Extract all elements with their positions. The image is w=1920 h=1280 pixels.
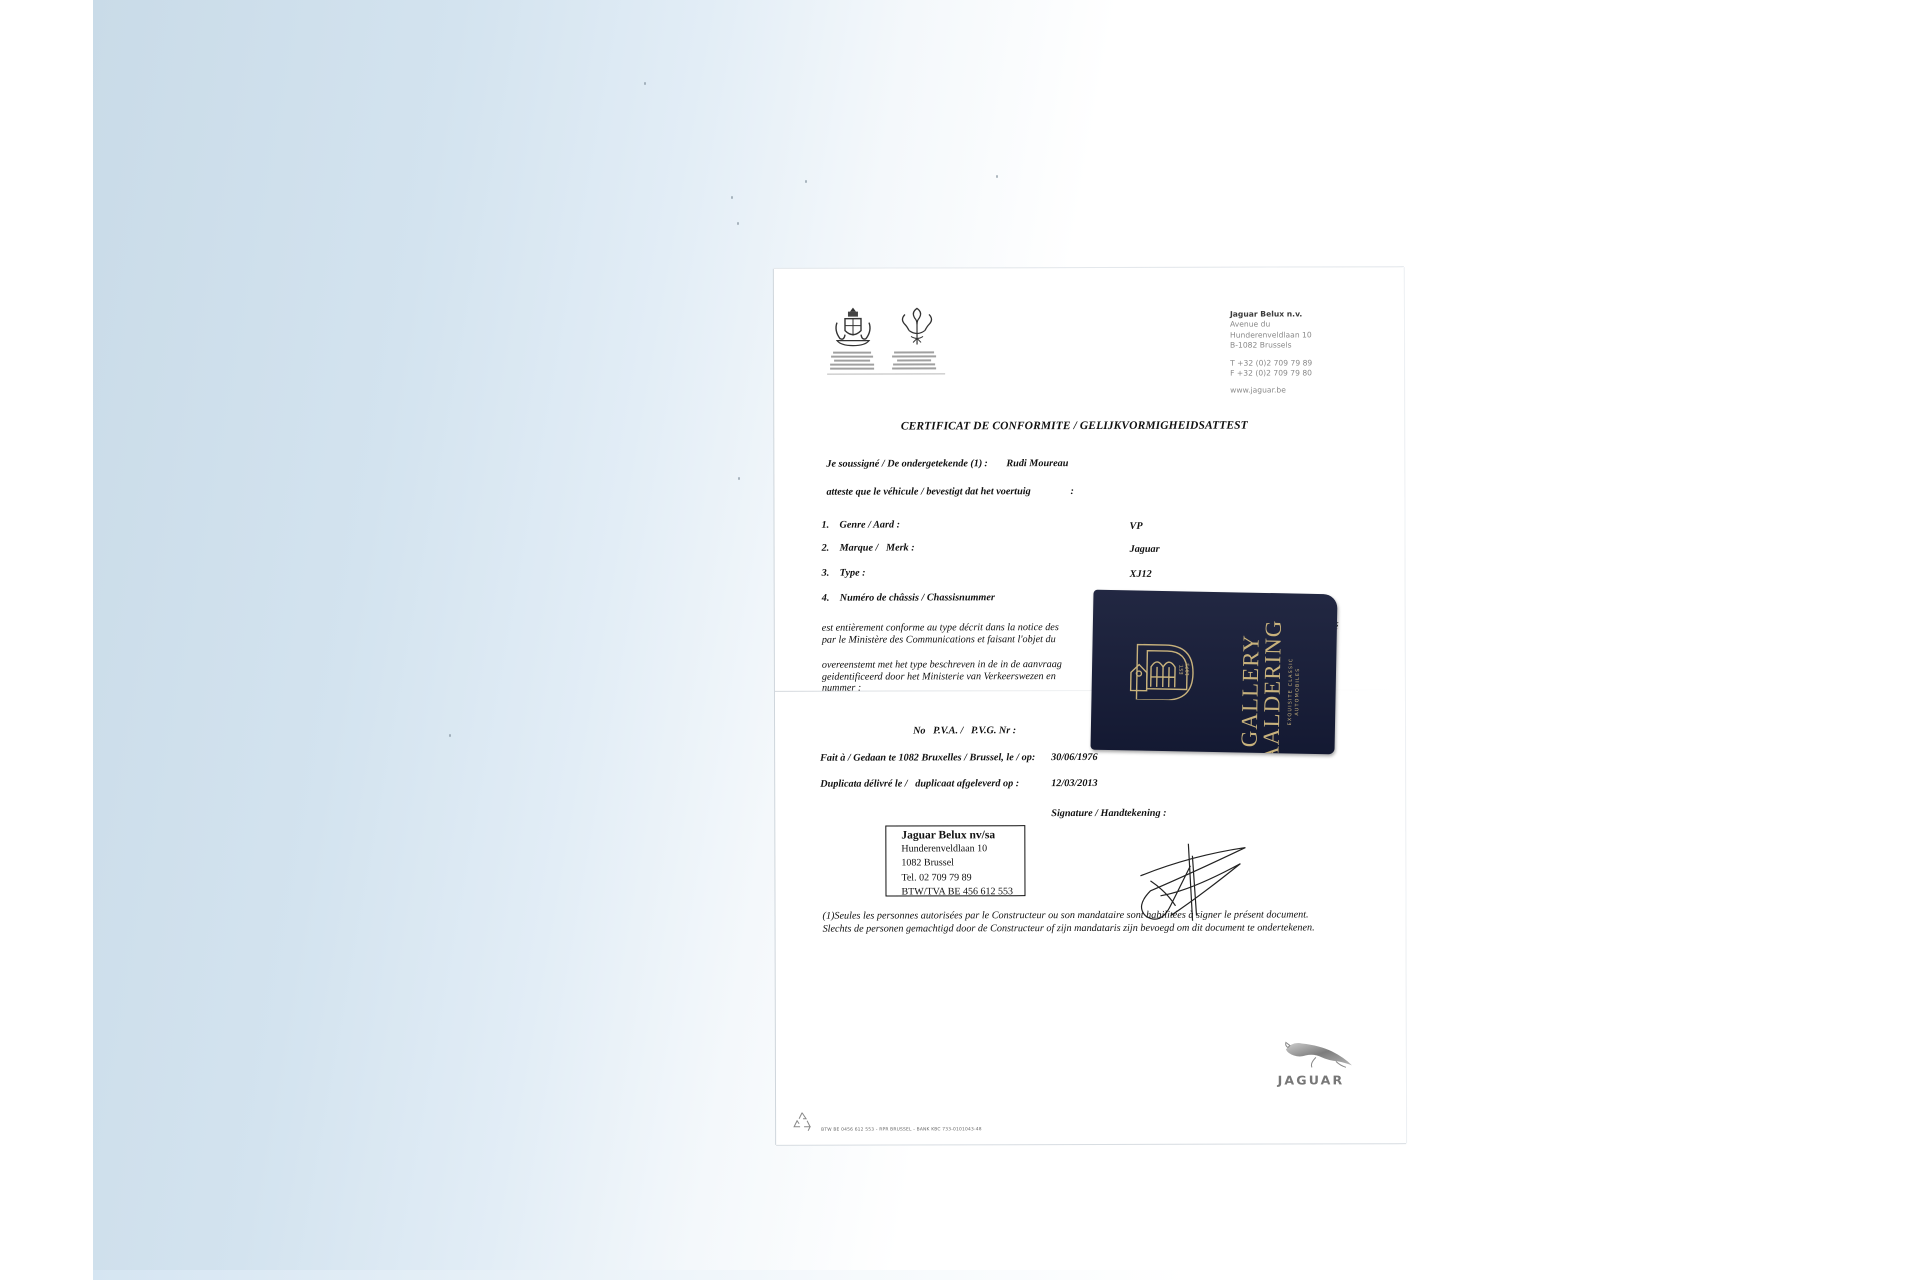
leaping-jaguar-icon xyxy=(1256,1035,1366,1073)
address-line: Avenue du xyxy=(1230,320,1312,331)
prince-of-wales-feathers-icon xyxy=(895,304,939,348)
undersigned-label: Je soussigné / De ondergetekende (1) xyxy=(826,458,982,469)
dust-speck xyxy=(737,222,739,225)
field-label-genre: Genre / Aard : xyxy=(840,519,900,530)
footnote: (1)Seules les personnes autorisées par l… xyxy=(823,909,1383,936)
footnote-nl: Slechts de personen gemachtigd door de C… xyxy=(823,922,1383,936)
card-est-year: 1975 xyxy=(1185,663,1191,676)
royal-warrant-crest-icon xyxy=(831,305,875,349)
bank-details-footer: BTW BE 0456 612 553 - RPR BRUSSEL - BANK… xyxy=(821,1127,982,1132)
field-number: 1. xyxy=(822,520,830,531)
made-at-date: 30/06/1976 xyxy=(1051,752,1097,763)
undersigned-separator: : xyxy=(984,458,987,469)
card-brand-text: GALLERY AALDERING EXQUISITE CLASSIC AUTO… xyxy=(1238,611,1301,755)
jaguar-wordmark: JAGUAR xyxy=(1253,1073,1369,1087)
attests-colon: : xyxy=(1070,486,1073,497)
dust-speck xyxy=(644,82,646,85)
gallery-building-emblem-icon: EST. 1975 xyxy=(1128,636,1197,700)
card-tagline: EXQUISITE CLASSIC AUTOMOBILES xyxy=(1287,658,1302,726)
jaguar-brand-logo: JAGUAR xyxy=(1256,1035,1366,1097)
warrant-footer-line xyxy=(827,373,945,374)
field-value-type: XJ12 xyxy=(1130,569,1152,580)
card-brand-line2: AALDERING xyxy=(1260,619,1285,754)
field-value-make: Jaguar xyxy=(1130,544,1160,555)
field-label-type: Type : xyxy=(840,568,866,579)
undersigned-name: Rudi Moureau xyxy=(1006,458,1068,469)
recycle-icon xyxy=(791,1111,813,1133)
stamp-street: Hunderenveldlaan 10 xyxy=(901,842,1024,857)
address-line: Hunderenveldlaan 10 xyxy=(1230,330,1312,341)
dust-speck xyxy=(738,477,740,480)
field-number: 4. xyxy=(822,593,830,604)
company-address-block: Jaguar Belux n.v. Avenue du Hunderenveld… xyxy=(1230,309,1312,396)
field-label-make: Marque / Merk : xyxy=(840,542,915,553)
field-number: 2. xyxy=(822,543,830,554)
dust-speck xyxy=(731,196,733,199)
document-title: CERTIFICAT DE CONFORMITE / GELIJKVORMIGH… xyxy=(774,419,1374,433)
company-stamp: Jaguar Belux nv/sa Hunderenveldlaan 10 1… xyxy=(885,825,1025,896)
royal-warrants xyxy=(827,304,945,376)
phone-number: T +32 (0)2 709 79 89 xyxy=(1230,358,1312,369)
duplicate-date: 12/03/2013 xyxy=(1051,778,1097,789)
address-line: B-1082 Brussels xyxy=(1230,341,1312,352)
signature-label: Signature / Handtekening : xyxy=(1051,808,1166,819)
website: www.jaguar.be xyxy=(1230,386,1312,397)
gallery-aaldering-card: EST. 1975 GALLERY AALDERING EXQUISITE CL… xyxy=(1090,590,1337,755)
dust-speck xyxy=(996,175,998,178)
stamp-city: 1082 Brussel xyxy=(901,857,1024,872)
warrant-caption xyxy=(891,351,937,371)
attests-label: atteste que le véhicule / bevestigt dat … xyxy=(826,486,1030,498)
pva-label: No P.V.A. / P.V.G. Nr : xyxy=(913,725,1016,736)
fax-number: F +32 (0)2 709 79 80 xyxy=(1230,368,1312,379)
stamp-tel: Tel. 02 709 79 89 xyxy=(901,871,1024,886)
made-at-label: Fait à / Gedaan te 1082 Bruxelles / Brus… xyxy=(820,752,1035,764)
footnote-fr: (1)Seules les personnes autorisées par l… xyxy=(823,909,1383,923)
duplicate-label: Duplicata délivré le / duplicaat afgelev… xyxy=(820,778,1019,790)
stamp-vat: BTW/TVA BE 456 612 553 xyxy=(901,885,1024,900)
card-tagline-line2: AUTOMOBILES xyxy=(1294,658,1302,726)
warrant-caption xyxy=(829,352,875,372)
dust-speck xyxy=(449,734,451,737)
field-number: 3. xyxy=(822,568,830,579)
company-name: Jaguar Belux n.v. xyxy=(1230,309,1312,320)
stamp-company-name: Jaguar Belux nv/sa xyxy=(901,828,1024,843)
field-label-chassis: Numéro de châssis / Chassisnummer xyxy=(840,592,995,603)
field-value-genre: VP xyxy=(1130,521,1143,532)
dust-speck xyxy=(805,180,807,183)
